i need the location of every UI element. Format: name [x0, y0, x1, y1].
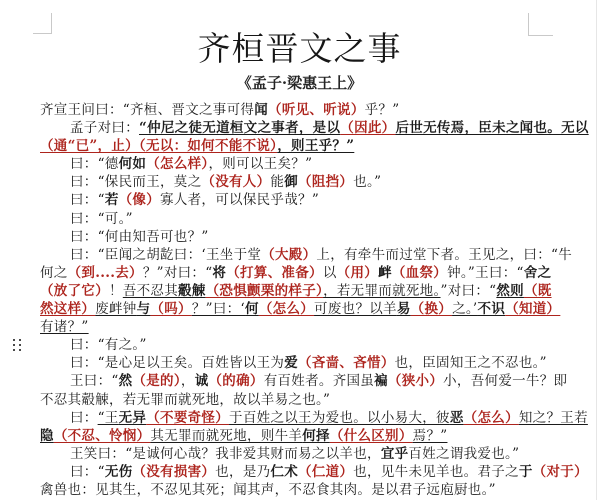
text-run: 也。” [353, 174, 381, 190]
text-run: 百姓之谓我爱也。” [408, 446, 519, 462]
text-run: 王笑曰：“是诚何心哉？我非爱其财而易之以羊也， [70, 446, 381, 462]
text-run: 于 [519, 464, 533, 480]
text-run: 闻 [254, 102, 268, 118]
text-run: 褊 [374, 373, 388, 389]
text-run: （恐惧颤栗的样子） [206, 283, 323, 299]
text-run: （对于） [533, 464, 588, 480]
text-run: 曰：“有之。” [70, 337, 147, 353]
document-title[interactable]: 齐桓晋文之事 [0, 28, 599, 70]
text-line[interactable]: 曰：“无伤（没有损害）也，是乃仁术（仁道）也，见牛未见羊也。君子之于（对于） [40, 463, 599, 481]
text-run: 御 [284, 174, 298, 190]
text-run: （听见、听说） [268, 102, 365, 118]
text-run: ， [181, 373, 195, 389]
text-run: 曰：“何由知吾可也？” [70, 229, 209, 245]
text-run: （大殿） [261, 247, 316, 263]
text-run: 无异 [119, 410, 147, 426]
text-line[interactable]: 隐（不忍、怜悯）其无罪而就死地，则牛羊何择（什么区别）焉？” [40, 427, 599, 445]
text-run: 何择 [302, 428, 330, 444]
text-run: （狭小） [388, 373, 443, 389]
text-run: 废衅钟 [95, 301, 136, 317]
text-run: 上，有牵牛而过堂下者。王见之，曰：“牛 [316, 247, 572, 263]
text-run: 何之 [40, 265, 68, 281]
text-run: 之。’ [452, 301, 477, 317]
text-run: 将 [212, 265, 226, 281]
text-run: 曰：“ [70, 192, 105, 208]
text-run: （既 [524, 283, 552, 299]
text-run: 曰：“ [70, 464, 105, 480]
text-run: ”对曰：“ [441, 283, 497, 299]
text-run: （怎么） [464, 410, 519, 426]
text-line[interactable]: 曰：“德何如（怎么样），则可以王矣？” [40, 155, 599, 173]
text-run: 无伤 [105, 464, 133, 480]
text-run: 曰：“臣闻之胡龁曰：‘王坐于堂 [70, 247, 261, 263]
text-run: 焉？” [413, 428, 448, 444]
text-run: （吗） [150, 301, 191, 317]
text-run: 何 [245, 301, 259, 317]
text-run: 曰：“保民而王，莫之 [70, 174, 201, 190]
text-run: 然则 [496, 283, 524, 299]
text-line[interactable]: （放了它）！吾不忍其觳觫（恐惧颤栗的样子），若无罪而就死地。”对曰：“然则（既 [40, 282, 599, 300]
text-run: 钟。”王曰：“ [447, 265, 524, 281]
text-run: 隐 [40, 428, 54, 444]
text-run: 王曰：“ [70, 373, 119, 389]
text-run: 仁术 [270, 464, 298, 480]
text-run: 宜乎 [381, 446, 409, 462]
text-run: 不识 [478, 301, 506, 317]
text-run: 与 [137, 301, 151, 317]
text-run: 易 [397, 301, 411, 317]
text-run: 何如 [119, 156, 147, 172]
text-run: 有百姓者。齐国虽 [264, 373, 374, 389]
text-line[interactable]: 不忍其觳觫，若无罪而就死地，故以羊易之也。” [40, 391, 599, 409]
text-run: （怎么） [259, 301, 314, 317]
text-run: （像） [119, 192, 160, 208]
text-run: （没有人） [201, 174, 270, 190]
text-run: （因此） [340, 120, 395, 136]
text-run: 诚 [195, 373, 209, 389]
text-run: （血祭） [392, 265, 447, 281]
drag-handle-icon[interactable] [13, 339, 21, 351]
text-run: 也，见牛未见羊也。君子之 [353, 464, 519, 480]
text-run: 能 [270, 174, 284, 190]
document-body[interactable]: 齐宣王问曰：“齐桓、晋文之事可得闻（听见、听说）乎？”孟子对曰：“仲尼之徒无道桓… [40, 101, 599, 499]
text-line[interactable]: 有诸？” [40, 318, 599, 336]
text-line[interactable]: 曰：“保民而王，莫之（没有人）能御（阻挡）也。” [40, 173, 599, 191]
text-run: （换） [411, 301, 452, 317]
text-line[interactable]: 曰：“臣闻之胡龁曰：‘王坐于堂（大殿）上，有牵牛而过堂下者。王见之，曰：“牛 [40, 246, 599, 264]
text-run: 觳觫 [178, 283, 206, 299]
text-run: （是的） [132, 373, 180, 389]
text-run: ，若无罪而就死地。 [323, 283, 440, 299]
text-run: （放了它） [40, 283, 109, 299]
text-run: 寡人者，可以保民乎哉？” [160, 192, 319, 208]
text-run: 可废也？以羊 [314, 301, 397, 317]
text-line[interactable]: 孟子对曰：“仲尼之徒无道桓文之事者，是以（因此）后世无传焉，臣未之闻也。无以 [40, 119, 599, 137]
text-run: 后世无传焉，臣未之闻也。无以 [395, 120, 588, 136]
text-run: 曰：“德 [70, 156, 119, 172]
text-line[interactable]: 何之（到....去）？”对曰：“将（打算、准备）以（用）衅（血祭）钟。”王曰：“… [40, 264, 599, 282]
text-run: 乎？” [365, 102, 400, 118]
text-run: （不忍、怜悯） [54, 428, 151, 444]
text-run: 齐宣王问曰：“齐桓、晋文之事可得 [40, 102, 254, 118]
text-run: ，则王乎？” [277, 138, 354, 154]
text-line[interactable]: 曰：“何由知吾可也？” [40, 228, 599, 246]
text-run: 也，是乃 [215, 464, 270, 480]
text-run: （用） [337, 265, 378, 281]
text-run: 曰：“是心足以王矣。百姓皆以王为 [70, 355, 284, 371]
text-line[interactable]: 王笑曰：“是诚何心哉？我非爱其财而易之以羊也，宜乎百姓之谓我爱也。” [40, 445, 599, 463]
text-line[interactable]: 齐宣王问曰：“齐桓、晋文之事可得闻（听见、听说）乎？” [40, 101, 599, 119]
text-run: ？”曰：‘ [192, 301, 245, 317]
text-line[interactable]: 禽兽也：见其生，不忍见其死；闻其声，不忍食其肉。是以君子远庖厨也。” [40, 481, 599, 499]
text-run: （吝啬、吝惜） [298, 355, 395, 371]
text-run: 曰：“可。” [70, 211, 133, 227]
text-line[interactable]: 曰：“是心足以王矣。百姓皆以王为爱（吝啬、吝惜）也，臣固知王之不忍也。” [40, 354, 599, 372]
text-line[interactable]: 然这样）废衅钟与（吗）？”曰：‘何（怎么）可废也？以羊易（换）之。’不识（知道） [40, 300, 599, 318]
text-run: 禽兽也：见其生，不忍见其死；闻其声，不忍食其肉。是以君子远庖厨也。” [40, 482, 496, 498]
document-subtitle[interactable]: 《孟子·梁惠王上》 [0, 73, 599, 93]
text-run: “王 [98, 410, 119, 426]
text-run: 于百姓之以王为爱也。以小易大，彼 [229, 410, 450, 426]
text-run: 小，吾何爱一牛？即 [443, 373, 567, 389]
text-run: 孟子对曰： [70, 120, 139, 136]
text-run: （到....去） [68, 265, 143, 281]
text-line[interactable]: 曰：“若（像）寡人者，可以保民乎哉？” [40, 191, 599, 209]
text-line[interactable]: 曰：“有之。” [40, 336, 599, 354]
text-run: ！ [109, 283, 123, 299]
text-run: 以 [323, 265, 337, 281]
text-run: 也，臣固知王之不忍也。” [395, 355, 547, 371]
text-run: 爱 [284, 355, 298, 371]
text-run: （通“已”，止）（无以：如何不能不说） [40, 138, 277, 154]
text-run: 知之？王若 [519, 410, 588, 426]
text-run: 不忍其觳觫，若无罪而就死地，故以羊易之也。” [40, 392, 330, 408]
text-line[interactable]: 王曰：“然（是的），诚（的确）有百姓者。齐国虽褊（狭小）小，吾何爱一牛？即 [40, 372, 599, 390]
text-run: （不要奇怪） [146, 410, 229, 426]
text-run: “仲尼之徒无道桓文之事者，是以 [139, 120, 340, 136]
text-run: （的确） [209, 373, 264, 389]
text-run: （阻挡） [298, 174, 353, 190]
text-run: 然 [119, 373, 133, 389]
text-run: 然这样） [40, 301, 95, 317]
text-run: （仁道） [298, 464, 353, 480]
text-run: ？”对曰：“ [143, 265, 213, 281]
text-run: （怎么样） [146, 156, 208, 172]
text-run: 恶 [450, 410, 464, 426]
text-run: 其无罪而就死地，则牛羊 [150, 428, 302, 444]
text-run: 舍之 [524, 265, 552, 281]
text-line[interactable]: 曰：“王无异（不要奇怪）于百姓之以王为爱也。以小易大，彼恶（怎么）知之？王若 [40, 409, 599, 427]
text-line[interactable]: 曰：“可。” [40, 210, 599, 228]
text-run: ，则可以王矣？” [208, 156, 312, 172]
text-run: （什么区别） [330, 428, 413, 444]
text-run: （打算、准备） [226, 265, 323, 281]
text-run: （没有损害） [132, 464, 215, 480]
text-run: 曰： [70, 410, 98, 426]
text-run: 衅 [378, 265, 392, 281]
text-line[interactable]: （通“已”，止）（无以：如何不能不说），则王乎？” [40, 137, 599, 155]
text-run: 有诸？” [40, 319, 89, 335]
text-run: （知道） [505, 301, 560, 317]
text-run: 吾不忍其 [123, 283, 178, 299]
text-run: 若 [105, 192, 119, 208]
